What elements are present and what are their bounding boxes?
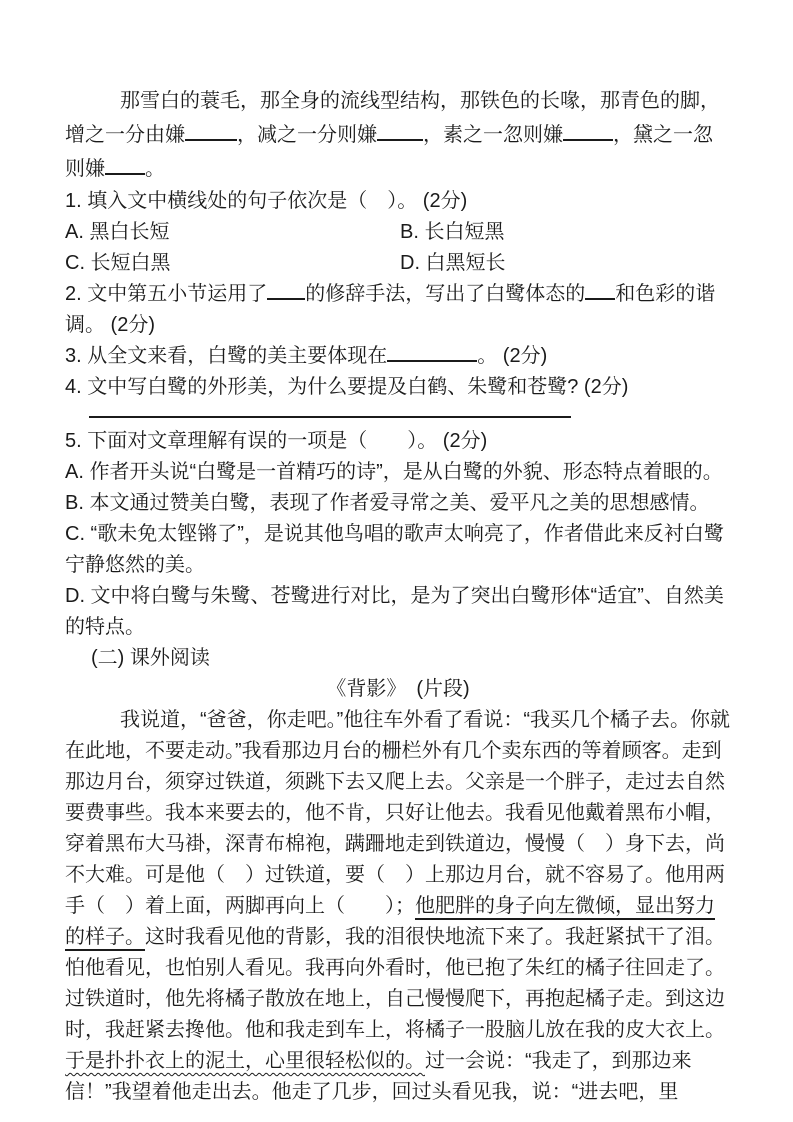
intro-text-3: ，素之一忽则嫌 bbox=[423, 124, 563, 146]
question-5-stem: 5. 下面对文章理解有误的一项是（ ）。 (2分) bbox=[65, 426, 731, 457]
exam-page: 那雪白的蓑毛，那全身的流线型结构，那铁色的长喙，那青色的脚，增之一分由嫌，减之一… bbox=[0, 0, 793, 1122]
passage-text-1: 我说道，“爸爸，你走吧。”他往车外看了看说：“我买几个橘子去。你就在此地，不要走… bbox=[65, 709, 730, 917]
passage-text-2: 这时我看见他的背影，我的泪很快地流下来了。我赶紧拭干了泪。怕他看见，也怕别人看见… bbox=[65, 926, 725, 1041]
intro-text-2: ，减之一分则嫌 bbox=[237, 124, 377, 146]
question-2-stem: 2. 文中第五小节运用了的修辞手法，写出了白鹭体态的和色彩的谐调。 (2分) bbox=[65, 279, 731, 341]
fill-in-blank bbox=[387, 358, 477, 362]
question-3-text-2: 。 (2分) bbox=[477, 345, 547, 367]
question-3-stem: 3. 从全文来看，白鹭的美主要体现在。 (2分) bbox=[65, 341, 731, 372]
question-1-option-c: C. 长短白黑 bbox=[65, 248, 400, 279]
passage-wavy-underlined-text: 于是扑扑衣上的泥土，心里很轻松似的。 bbox=[65, 1050, 425, 1072]
question-1-stem: 1. 填入文中横线处的句子依次是（ ）。 (2分) bbox=[65, 186, 731, 217]
fill-in-blank bbox=[267, 296, 305, 300]
answer-line bbox=[89, 416, 571, 418]
question-5-option-b: B. 本文通过赞美白鹭，表现了作者爱寻常之美、爱平凡之美的思想感情。 bbox=[65, 488, 731, 519]
question-1-option-a: A. 黑白长短 bbox=[65, 217, 400, 248]
section-2-heading: (二) 课外阅读 bbox=[65, 643, 731, 674]
fill-in-blank bbox=[585, 296, 615, 300]
fill-in-blank bbox=[563, 137, 613, 141]
question-4-stem: 4. 文中写白鹭的外形美，为什么要提及白鹤、朱鹭和苍鹭? (2分) bbox=[65, 372, 731, 403]
fill-in-blank bbox=[185, 137, 237, 141]
question-2-text-1: 2. 文中第五小节运用了 bbox=[65, 283, 267, 305]
question-3-text-1: 3. 从全文来看，白鹭的美主要体现在 bbox=[65, 345, 387, 367]
question-5-option-d: D. 文中将白鹭与朱鹭、苍鹭进行对比，是为了突出白鹭形体“适宜”、自然美的特点。 bbox=[65, 581, 731, 643]
question-1-option-b: B. 长白短黑 bbox=[400, 217, 731, 248]
intro-text-5: 。 bbox=[145, 158, 165, 180]
passage-paragraph: 我说道，“爸爸，你走吧。”他往车外看了看说：“我买几个橘子去。你就在此地，不要走… bbox=[65, 705, 731, 1108]
fill-in-blank bbox=[377, 137, 423, 141]
passage-title: 《背影》 (片段) bbox=[65, 674, 731, 705]
question-5-option-a: A. 作者开头说“白鹭是一首精巧的诗”，是从白鹭的外貌、形态特点着眼的。 bbox=[65, 457, 731, 488]
question-1-options: A. 黑白长短 B. 长白短黑 C. 长短白黑 D. 白黑短长 bbox=[65, 217, 731, 279]
fill-in-blank bbox=[105, 171, 145, 175]
intro-paragraph: 那雪白的蓑毛，那全身的流线型结构，那铁色的长喙，那青色的脚，增之一分由嫌，减之一… bbox=[65, 84, 731, 186]
question-2-text-2: 的修辞手法，写出了白鹭体态的 bbox=[305, 283, 585, 305]
question-5-option-c: C. “歌未免太铿锵了”，是说其他鸟唱的歌声太响亮了，作者借此来反衬白鹭宁静悠然… bbox=[65, 519, 731, 581]
question-1-option-d: D. 白黑短长 bbox=[400, 248, 731, 279]
